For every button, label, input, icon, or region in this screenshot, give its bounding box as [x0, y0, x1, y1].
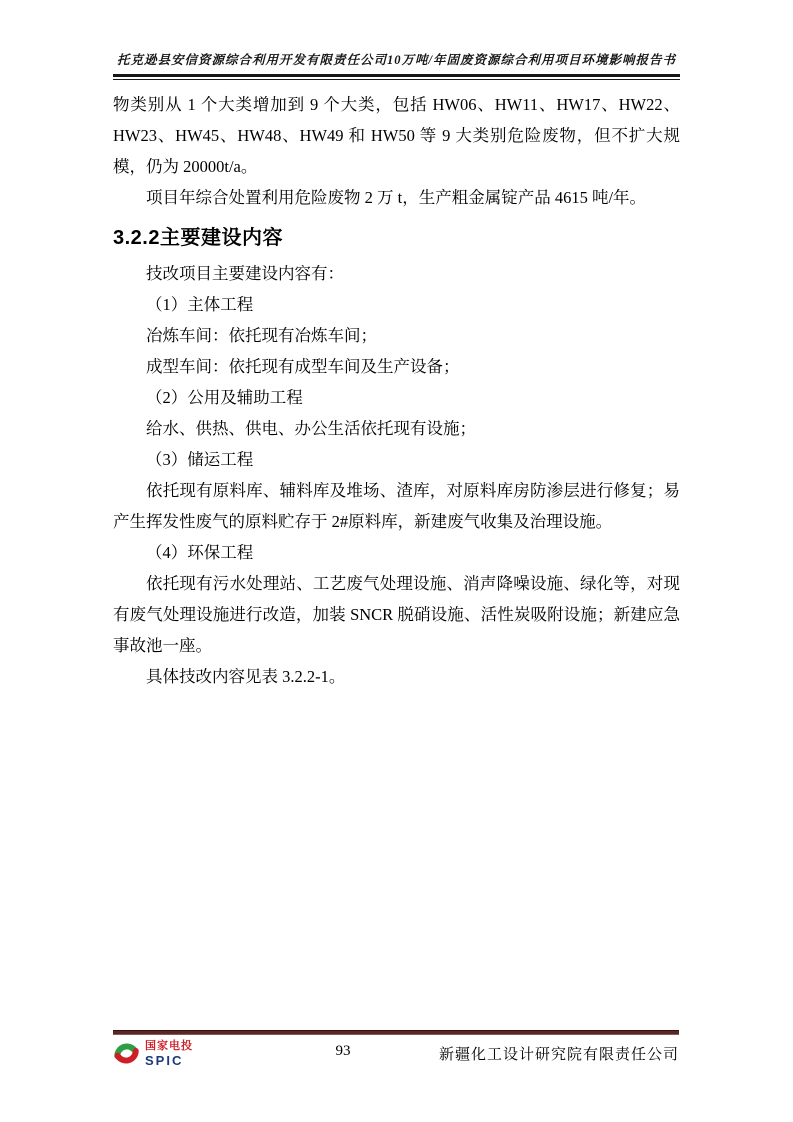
list-item-1-line-1: 冶炼车间：依托现有冶炼车间； [113, 320, 680, 351]
paragraph-continuation: 物类别从 1 个大类增加到 9 个大类，包括 HW06、HW11、HW17、HW… [113, 89, 680, 182]
spic-logo-english: SPIC [145, 1054, 193, 1067]
page-footer: 国家电投 SPIC 93 新疆化工设计研究院有限责任公司 [113, 1040, 679, 1067]
list-item-3-body: 依托现有原料库、辅料库及堆场、渣库，对原料库房防渗层进行修复；易产生挥发性废气的… [113, 475, 680, 537]
page-header: 托克逊县安信资源综合利用开发有限责任公司10万吨/年固废资源综合利用项目环境影响… [92, 50, 701, 69]
spic-logo-text: 国家电投 SPIC [145, 1041, 193, 1067]
header-divider [113, 74, 680, 80]
list-item-3-title: （3）储运工程 [113, 444, 680, 475]
spic-logo: 国家电投 SPIC [113, 1040, 283, 1067]
paragraph-intro: 技改项目主要建设内容有： [113, 258, 680, 289]
list-item-2-line-1: 给水、供热、供电、办公生活依托现有设施； [113, 413, 680, 444]
footer-company-name: 新疆化工设计研究院有限责任公司 [403, 1040, 679, 1064]
spic-swirl-icon [113, 1040, 140, 1067]
list-item-1-line-2: 成型车间：依托现有成型车间及生产设备； [113, 351, 680, 382]
list-item-1-title: （1）主体工程 [113, 289, 680, 320]
list-item-4-title: （4）环保工程 [113, 537, 680, 568]
list-item-2-title: （2）公用及辅助工程 [113, 382, 680, 413]
report-header-title: 托克逊县安信资源综合利用开发有限责任公司10万吨/年固废资源综合利用项目环境影响… [117, 53, 676, 67]
list-item-4-body: 依托现有污水处理站、工艺废气处理设施、消声降噪设施、绿化等，对现有废气处理设施进… [113, 568, 680, 661]
document-page: 托克逊县安信资源综合利用开发有限责任公司10万吨/年固废资源综合利用项目环境影响… [0, 0, 793, 1122]
document-body: 物类别从 1 个大类增加到 9 个大类，包括 HW06、HW11、HW17、HW… [113, 89, 680, 692]
paragraph-closing: 具体技改内容见表 3.2.2-1。 [113, 661, 680, 692]
footer-divider [113, 1030, 679, 1035]
paragraph-summary: 项目年综合处置利用危险废物 2 万 t，生产粗金属锭产品 4615 吨/年。 [113, 182, 680, 213]
page-number: 93 [283, 1040, 403, 1060]
section-heading-3-2-2: 3.2.2主要建设内容 [113, 222, 680, 255]
spic-logo-chinese: 国家电投 [145, 1041, 193, 1052]
